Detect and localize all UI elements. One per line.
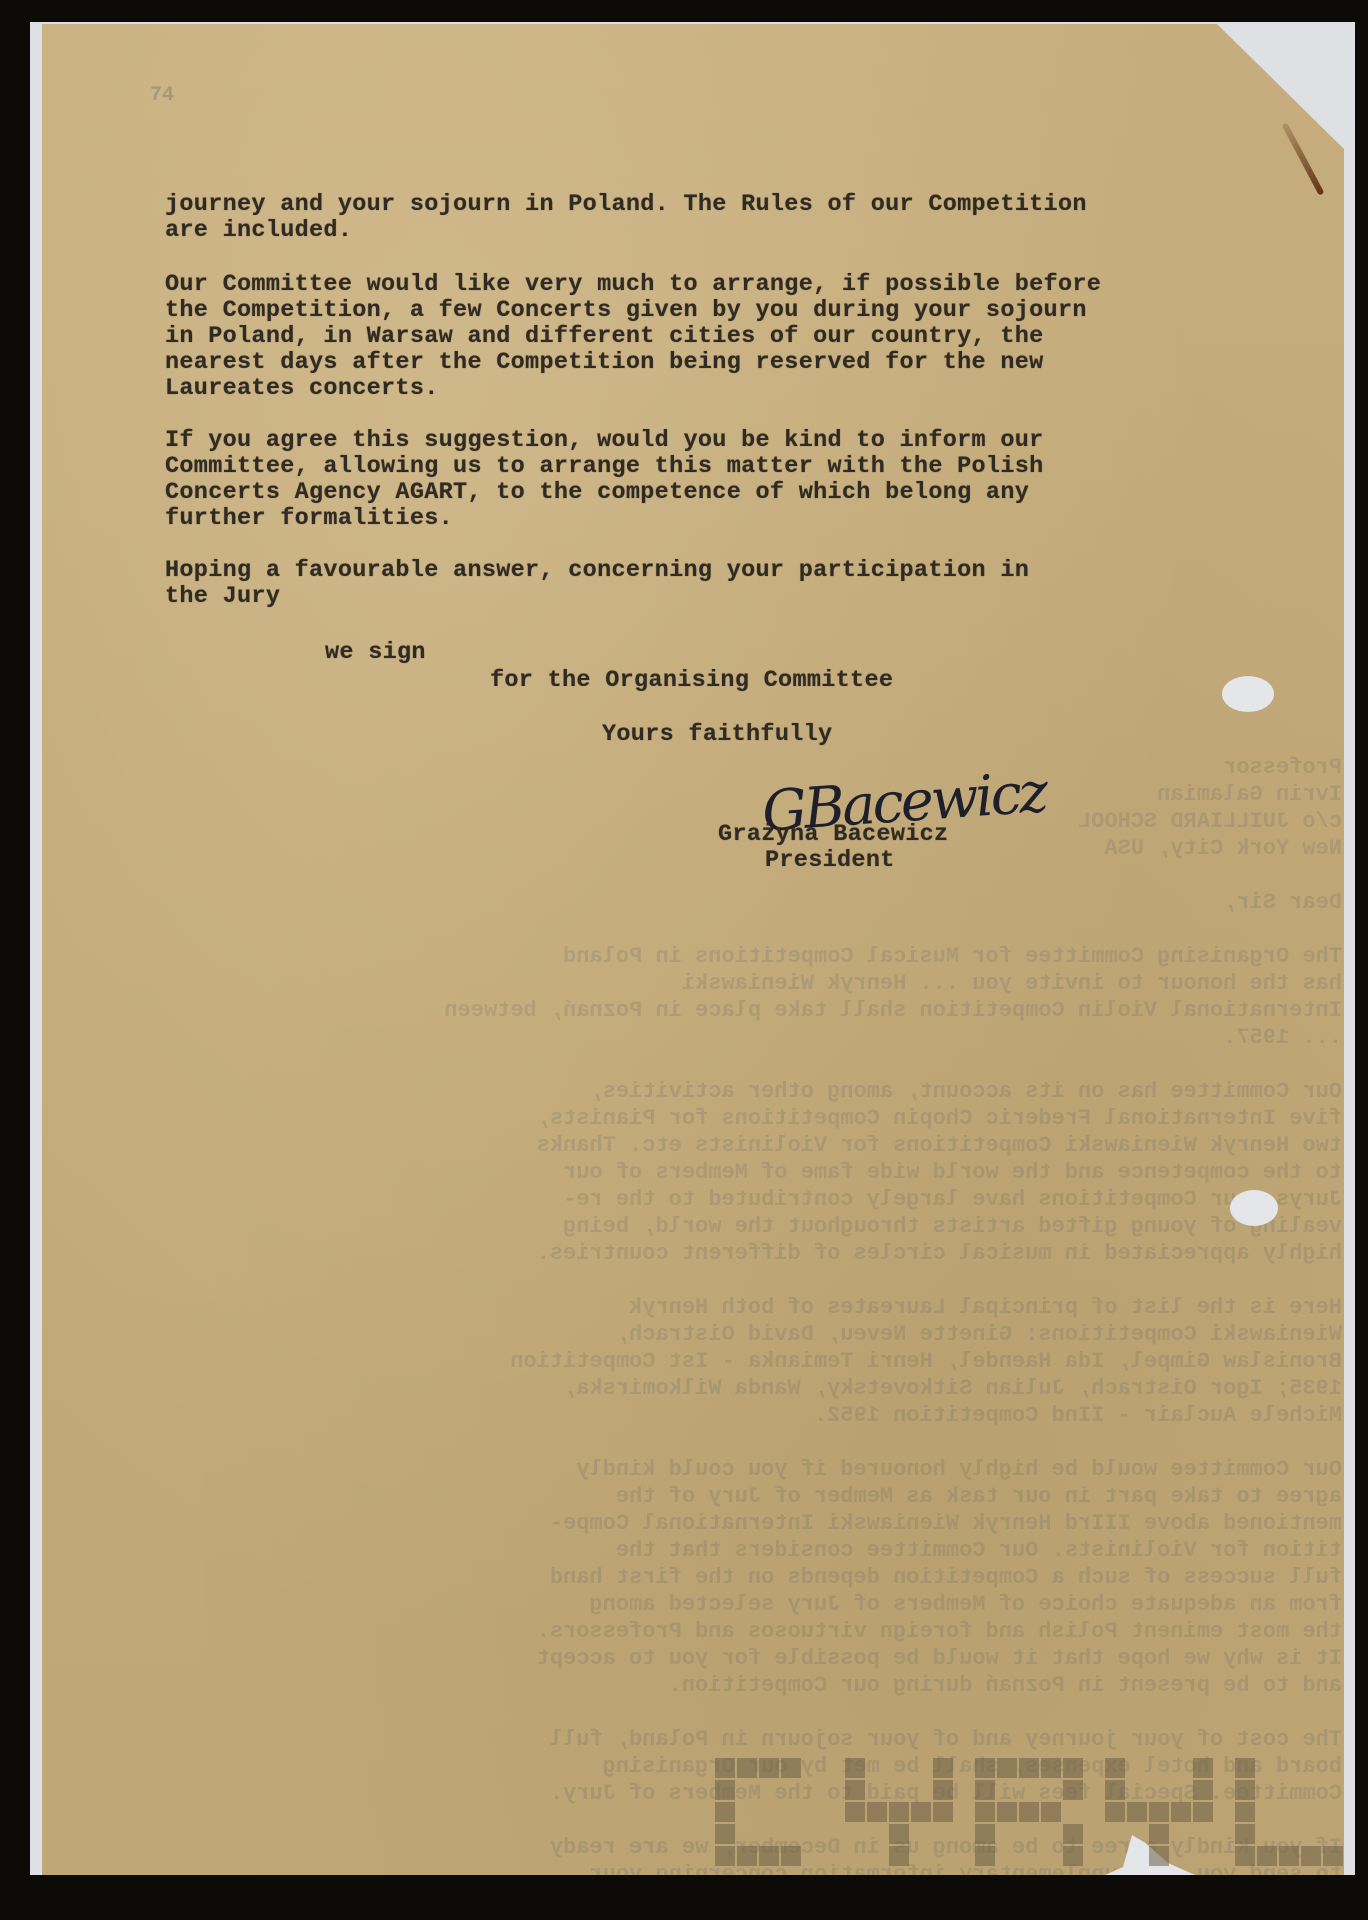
watermark-block [1279,1824,1299,1844]
letter-body: journey and your sojourn in Poland. The … [165,192,1245,636]
watermark-block [781,1780,801,1800]
watermark-block [715,1846,735,1866]
watermark-block [803,1758,823,1778]
watermark-block [737,1758,757,1778]
watermark-letter-l [1235,1758,1343,1866]
watermark-block [715,1824,735,1844]
we-sign-line: we sign [325,640,426,666]
watermark-block [1019,1846,1039,1866]
watermark-block [867,1824,887,1844]
watermark-block [889,1758,909,1778]
watermark-block [1323,1846,1343,1866]
watermark-block [781,1802,801,1822]
watermark-block [1323,1802,1343,1822]
watermark-block [997,1780,1017,1800]
watermark-block [1257,1846,1277,1866]
watermark-block [1149,1846,1169,1866]
watermark-block [1193,1846,1213,1866]
watermark-block [1105,1824,1125,1844]
watermark-block [1279,1758,1299,1778]
watermark-block [911,1846,931,1866]
watermark-letter-y [845,1758,953,1866]
cyryl-watermark [715,1758,1335,1870]
watermark-block [933,1846,953,1866]
watermark-block [1171,1780,1191,1800]
watermark-block [1019,1758,1039,1778]
watermark-block [1193,1780,1213,1800]
watermark-block [1063,1846,1083,1866]
watermark-block [1105,1758,1125,1778]
for-committee-line: for the Organising Committee [490,668,893,694]
watermark-block [1279,1780,1299,1800]
watermark-block [845,1780,865,1800]
paragraph-3: If you agree this suggestion, would you … [165,428,1245,532]
watermark-block [867,1780,887,1800]
watermark-block [911,1758,931,1778]
watermark-block [1063,1780,1083,1800]
watermark-block [1149,1802,1169,1822]
watermark-block [737,1802,757,1822]
watermark-block [759,1758,779,1778]
watermark-block [1301,1780,1321,1800]
watermark-block [1171,1824,1191,1844]
watermark-block [1041,1758,1061,1778]
watermark-block [1127,1758,1147,1778]
watermark-block [715,1758,735,1778]
watermark-block [1193,1824,1213,1844]
page-number: 74 [150,84,174,107]
watermark-block [1235,1758,1255,1778]
watermark-block [1279,1846,1299,1866]
watermark-block [759,1824,779,1844]
watermark-block [1301,1846,1321,1866]
watermark-block [803,1824,823,1844]
watermark-block [1149,1758,1169,1778]
watermark-block [1127,1780,1147,1800]
watermark-block [1257,1824,1277,1844]
paragraph-2: Our Committee would like very much to ar… [165,272,1245,402]
watermark-block [1235,1846,1255,1866]
watermark-block [1127,1846,1147,1866]
watermark-block [845,1846,865,1866]
watermark-block [911,1802,931,1822]
punch-hole-top [1222,676,1274,712]
watermark-block [1171,1758,1191,1778]
watermark-block [997,1824,1017,1844]
watermark-block [1063,1824,1083,1844]
watermark-block [1257,1758,1277,1778]
watermark-block [997,1758,1017,1778]
watermark-block [1127,1802,1147,1822]
watermark-block [803,1780,823,1800]
watermark-block [1105,1846,1125,1866]
paragraph-4: Hoping a favourable answer, concerning y… [165,558,1245,610]
watermark-block [1171,1802,1191,1822]
watermark-block [1257,1780,1277,1800]
watermark-block [933,1758,953,1778]
watermark-block [889,1846,909,1866]
yours-faithfully-line: Yours faithfully [602,722,832,748]
watermark-block [759,1802,779,1822]
watermark-block [781,1824,801,1844]
watermark-block [1041,1846,1061,1866]
watermark-block [889,1824,909,1844]
watermark-block [933,1802,953,1822]
watermark-block [1301,1824,1321,1844]
watermark-block [759,1780,779,1800]
watermark-block [911,1780,931,1800]
watermark-block [759,1846,779,1866]
watermark-block [889,1802,909,1822]
watermark-block [845,1802,865,1822]
watermark-block [737,1780,757,1800]
watermark-block [889,1780,909,1800]
watermark-block [867,1846,887,1866]
watermark-letter-r [975,1758,1083,1866]
watermark-letter-c [715,1758,823,1866]
watermark-block [1323,1758,1343,1778]
watermark-block [1041,1780,1061,1800]
watermark-block [1235,1802,1255,1822]
watermark-block [1301,1802,1321,1822]
watermark-block [1323,1780,1343,1800]
watermark-block [1193,1802,1213,1822]
watermark-block [975,1824,995,1844]
watermark-block [1171,1846,1191,1866]
watermark-block [911,1824,931,1844]
watermark-block [1235,1824,1255,1844]
watermark-block [975,1846,995,1866]
signatory-title: President [765,848,895,874]
watermark-block [1149,1824,1169,1844]
signatory-name: Grażyna Bacewicz [718,822,948,848]
watermark-block [1235,1780,1255,1800]
punch-hole-bottom [1230,1190,1278,1226]
watermark-block [1301,1758,1321,1778]
watermark-block [803,1802,823,1822]
watermark-block [867,1802,887,1822]
watermark-block [845,1824,865,1844]
watermark-block [1149,1780,1169,1800]
watermark-block [975,1780,995,1800]
watermark-block [715,1780,735,1800]
watermark-block [997,1802,1017,1822]
watermark-block [737,1824,757,1844]
watermark-block [1257,1802,1277,1822]
watermark-block [1019,1824,1039,1844]
watermark-block [975,1758,995,1778]
watermark-block [997,1846,1017,1866]
watermark-block [1127,1824,1147,1844]
watermark-block [1019,1802,1039,1822]
ink-stain [1282,122,1325,195]
watermark-block [845,1758,865,1778]
watermark-block [1193,1758,1213,1778]
watermark-block [1019,1780,1039,1800]
watermark-block [715,1802,735,1822]
watermark-block [1041,1802,1061,1822]
watermark-block [867,1758,887,1778]
watermark-block [1323,1824,1343,1844]
watermark-block [1041,1824,1061,1844]
watermark-block [1063,1758,1083,1778]
watermark-block [975,1802,995,1822]
watermark-block [1105,1802,1125,1822]
watermark-letter-y [1105,1758,1213,1866]
watermark-block [1063,1802,1083,1822]
watermark-block [933,1780,953,1800]
watermark-block [803,1846,823,1866]
paragraph-1: journey and your sojourn in Poland. The … [165,192,1245,244]
watermark-block [737,1846,757,1866]
watermark-block [933,1824,953,1844]
watermark-block [781,1758,801,1778]
bleed-through-text: Professor Ivrin Galamian c/o JUILLIARD S… [162,754,1342,1888]
watermark-block [1279,1802,1299,1822]
watermark-block [1105,1780,1125,1800]
watermark-block [781,1846,801,1866]
